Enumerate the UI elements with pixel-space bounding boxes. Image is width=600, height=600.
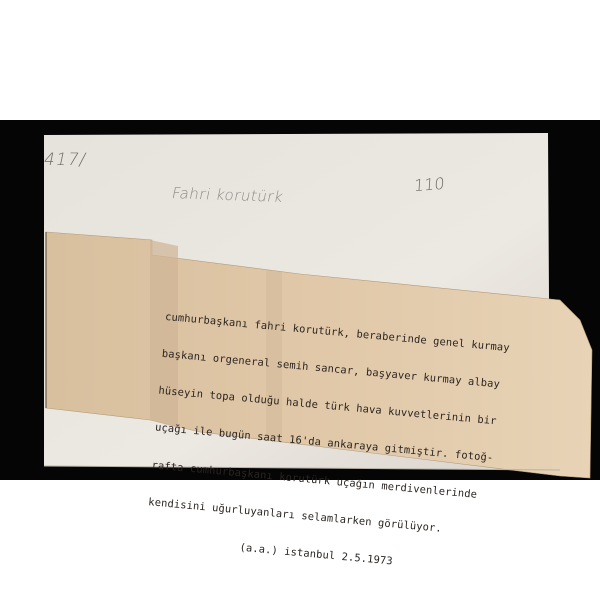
- typed-caption: cumhurbaşkanı fahri korutürk, beraberind…: [143, 286, 600, 598]
- archive-number: 417/: [42, 150, 88, 170]
- handwritten-code: 110: [413, 174, 445, 195]
- handwritten-name: Fahri korutürk: [170, 184, 285, 206]
